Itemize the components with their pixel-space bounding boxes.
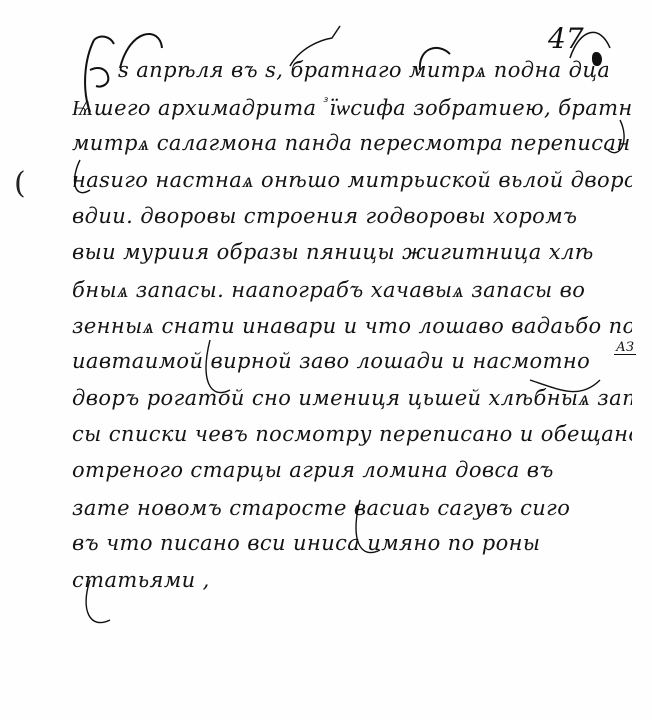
manuscript-line-14: въ что писано вси иниса имяно по роны (72, 531, 632, 555)
manuscript-line-10: дворъ рогатой сно имениця цьшей хлѣбныѧ … (72, 386, 632, 411)
manuscript-line-3: митрѧ салагмона панда пересмотра перепис… (72, 131, 632, 156)
manuscript-line-15: статьями , (72, 568, 632, 592)
manuscript-line-5: вдии. дворовы строения годворовы хоромъ (72, 204, 632, 228)
manuscript-line-6: выи муриия образы пяницы жигитница хлѣ (72, 240, 632, 264)
manuscript-line-13: зате новомъ старосте васиаь сагувъ сиго (72, 496, 632, 520)
manuscript-line-12: отреного старцы агрия ломина довса въ (72, 458, 632, 482)
margin-bracket-mark: ( (14, 166, 26, 201)
manuscript-line-11: сы списки чевъ посмотру переписано и обе… (72, 422, 632, 446)
page-number: 47 (548, 22, 584, 55)
manuscript-line-8: зенныѧ снати инавари и что лошаво вадаьб… (72, 314, 632, 339)
manuscript-line-2: Ѩшего архимадрита ⷥ їѡсифа зобратиею, бр… (72, 94, 632, 122)
manuscript-line-9: иавтаимой вирной заво лошади и насмотно (72, 349, 632, 373)
manuscript-line-1: ѕ апрѣля въ ѕ, братнаго митрѧ подна дца (118, 58, 608, 83)
manuscript-line-4: наѕиго настнаѧ онѣшо митрьиской вьлой дв… (72, 168, 632, 193)
manuscript-line-7: бныѧ запасы. наапограбъ хачавыѧ запасы в… (72, 278, 632, 303)
manuscript-page: 47 АЗ ( ѕ апрѣля въ ѕ, братнаго митрѧ по… (0, 0, 652, 720)
